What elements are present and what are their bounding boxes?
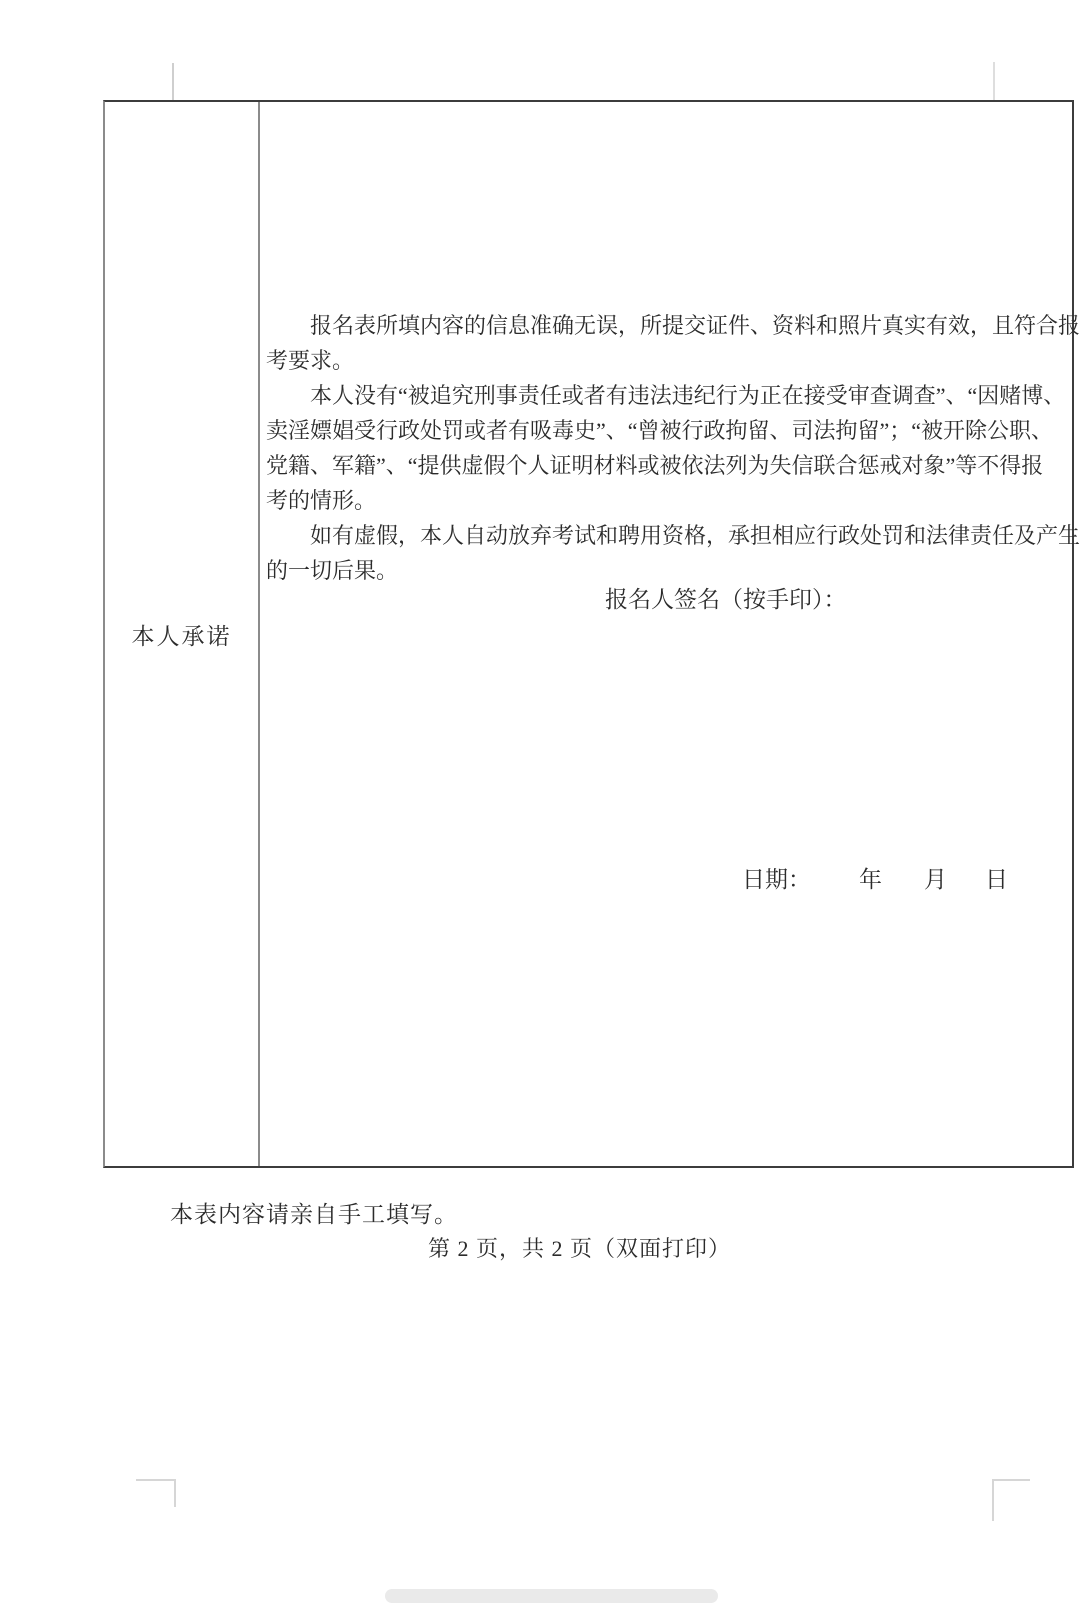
- date-row: 日期：年月日: [742, 862, 1008, 897]
- commitment-content-cell: 报名表所填内容的信息准确无误，所提交证件、资料和照片真实有效，且符合报 考要求。…: [260, 102, 1080, 1166]
- row-label: 本人承诺: [132, 618, 232, 651]
- date-month-label: 月: [924, 867, 947, 892]
- page-number-info: 第 2 页，共 2 页（双面打印）: [428, 1232, 731, 1263]
- date-label: 日期：: [742, 867, 811, 892]
- crop-mark-bottom-right-vertical: [992, 1479, 994, 1521]
- signature-label: 报名人签名（按手印）：: [605, 582, 847, 617]
- text-line: 本人没有“被追究刑事责任或者有违法违纪行为正在接受审查调查”、“因赌博、: [266, 378, 1080, 413]
- document-page: 本人承诺 报名表所填内容的信息准确无误，所提交证件、资料和照片真实有效，且符合报…: [0, 0, 1080, 1623]
- date-year-label: 年: [859, 867, 882, 892]
- commitment-table: 本人承诺 报名表所填内容的信息准确无误，所提交证件、资料和照片真实有效，且符合报…: [103, 100, 1074, 1168]
- text-line: 考要求。: [266, 343, 1080, 378]
- commitment-text: 报名表所填内容的信息准确无误，所提交证件、资料和照片真实有效，且符合报 考要求。…: [266, 308, 1080, 588]
- crop-mark-bottom-left: [136, 1479, 176, 1481]
- crop-mark-top-left: [172, 63, 174, 100]
- text-line: 报名表所填内容的信息准确无误，所提交证件、资料和照片真实有效，且符合报: [266, 308, 1080, 343]
- crop-mark-bottom-left-vertical: [174, 1479, 176, 1507]
- text-line: 党籍、军籍”、“提供虚假个人证明材料或被依法列为失信联合惩戒对象”等不得报: [266, 448, 1080, 483]
- row-label-cell: 本人承诺: [105, 102, 260, 1166]
- text-line: 如有虚假，本人自动放弃考试和聘用资格，承担相应行政处罚和法律责任及产生: [266, 518, 1080, 553]
- crop-mark-top-right: [993, 62, 995, 100]
- text-line: 考的情形。: [266, 483, 1080, 518]
- footer-note: 本表内容请亲自手工填写。: [170, 1196, 458, 1229]
- date-day-label: 日: [985, 867, 1008, 892]
- crop-mark-bottom-right: [992, 1479, 1030, 1481]
- bottom-indicator-bar: [385, 1589, 718, 1603]
- text-line: 卖淫嫖娼受行政处罚或者有吸毒史”、“曾被行政拘留、司法拘留”；“被开除公职、: [266, 413, 1080, 448]
